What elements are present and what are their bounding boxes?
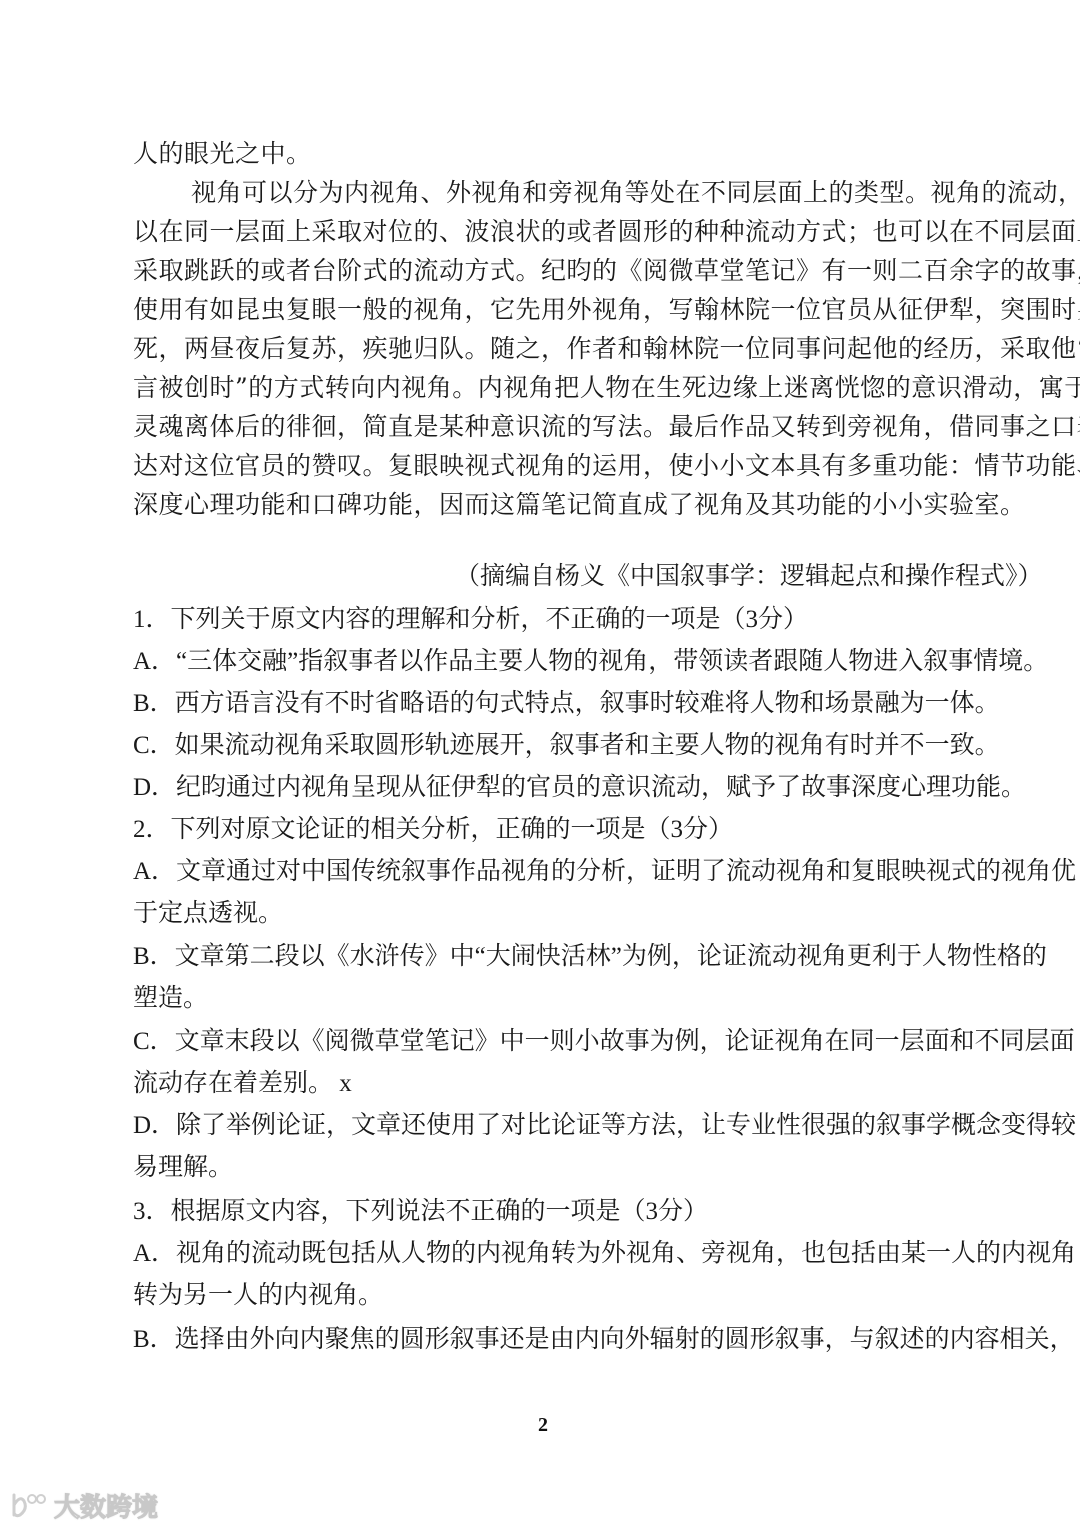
question-3-option-b: B．选择由外向内聚焦的圆形叙事还是由内向外辐射的圆形叙事，与叙述的内容相关， <box>133 1323 953 1357</box>
passage-line: 言被创时”的方式转向内视角。内视角把人物在生死边缘上迷离恍惚的意识滑动，寓于 <box>133 371 953 405</box>
watermark-text: 大数跨境 <box>54 1487 158 1524</box>
question-2-option-c: C．文章末段以《阅微草堂笔记》中一则小故事为例，论证视角在同一层面和不同层面 <box>133 1025 953 1059</box>
page-number: 2 <box>538 1414 548 1437</box>
question-2-option-b: B．文章第二段以《水浒传》中“大闹快活林”为例，论证流动视角更利于人物性格的 <box>133 940 953 974</box>
question-1-option-c: C．如果流动视角采取圆形轨迹展开，叙事者和主要人物的视角有时并不一致。 <box>133 729 953 763</box>
passage-line: 视角可以分为内视角、外视角和旁视角等处在不同层面上的类型。视角的流动，可 <box>191 176 953 210</box>
watermark: 大数跨境 <box>10 1488 158 1522</box>
passage-line: 以在同一层面上采取对位的、波浪状的或者圆形的种种流动方式；也可以在不同层面上 <box>133 215 953 249</box>
passage-source: （摘编自杨义《中国叙事学：逻辑起点和操作程式》） <box>455 560 953 594</box>
question-1-option-d: D．纪昀通过内视角呈现从征伊犁的官员的意识流动，赋予了故事深度心理功能。 <box>133 771 953 805</box>
question-1-option-b: B．西方语言没有不时省略语的句式特点，叙事时较难将人物和场景融为一体。 <box>133 687 953 721</box>
question-3-stem: 3．根据原文内容，下列说法不正确的一项是（3分） <box>133 1195 953 1229</box>
passage-line: 采取跳跃的或者台阶式的流动方式。纪昀的《阅微草堂笔记》有一则二百余字的故事， <box>133 254 953 288</box>
question-2-option-b-cont: 塑造。 <box>133 982 953 1016</box>
passage-line: 达对这位官员的赞叹。复眼映视式视角的运用，使小小文本具有多重功能：情节功能、 <box>133 449 953 483</box>
question-2-option-a-cont: 于定点透视。 <box>133 897 953 931</box>
passage-line: 使用有如昆虫复眼一般的视角，它先用外视角，写翰林院一位官员从征伊犁，突围时身 <box>133 293 953 327</box>
question-2-option-c-cont: 流动存在着差别。 x <box>133 1067 953 1101</box>
question-2-option-d-cont: 易理解。 <box>133 1151 953 1185</box>
passage-line: 灵魂离体后的徘徊，简直是某种意识流的写法。最后作品又转到旁视角，借同事之口表 <box>133 410 953 444</box>
exam-page: 人的眼光之中。 视角可以分为内视角、外视角和旁视角等处在不同层面上的类型。视角的… <box>0 0 1080 1527</box>
question-2-option-d: D．除了举例论证，文章还使用了对比论证等方法，让专业性很强的叙事学概念变得较 <box>133 1109 953 1143</box>
question-3-option-a-cont: 转为另一人的内视角。 <box>133 1279 953 1313</box>
passage-paragraph-end: 人的眼光之中。 <box>133 137 953 171</box>
question-2-option-a: A．文章通过对中国传统叙事作品视角的分析，证明了流动视角和复眼映视式的视角优 <box>133 855 953 889</box>
question-1-stem: 1．下列关于原文内容的理解和分析，不正确的一项是（3分） <box>133 603 953 637</box>
question-1-option-a: A．“三体交融”指叙事者以作品主要人物的视角，带领读者跟随人物进入叙事情境。 <box>133 645 953 679</box>
kuajing-logo-icon <box>10 1491 48 1519</box>
passage-line: 深度心理功能和口碑功能，因而这篇笔记简直成了视角及其功能的小小实验室。 <box>133 488 953 522</box>
question-2-stem: 2．下列对原文论证的相关分析，正确的一项是（3分） <box>133 813 953 847</box>
passage-line: 死，两昼夜后复苏，疾驰归队。随之，作者和翰林院一位同事问起他的经历，采取他“自 <box>133 332 953 366</box>
question-3-option-a: A．视角的流动既包括从人物的内视角转为外视角、旁视角，也包括由某一人的内视角 <box>133 1237 953 1271</box>
